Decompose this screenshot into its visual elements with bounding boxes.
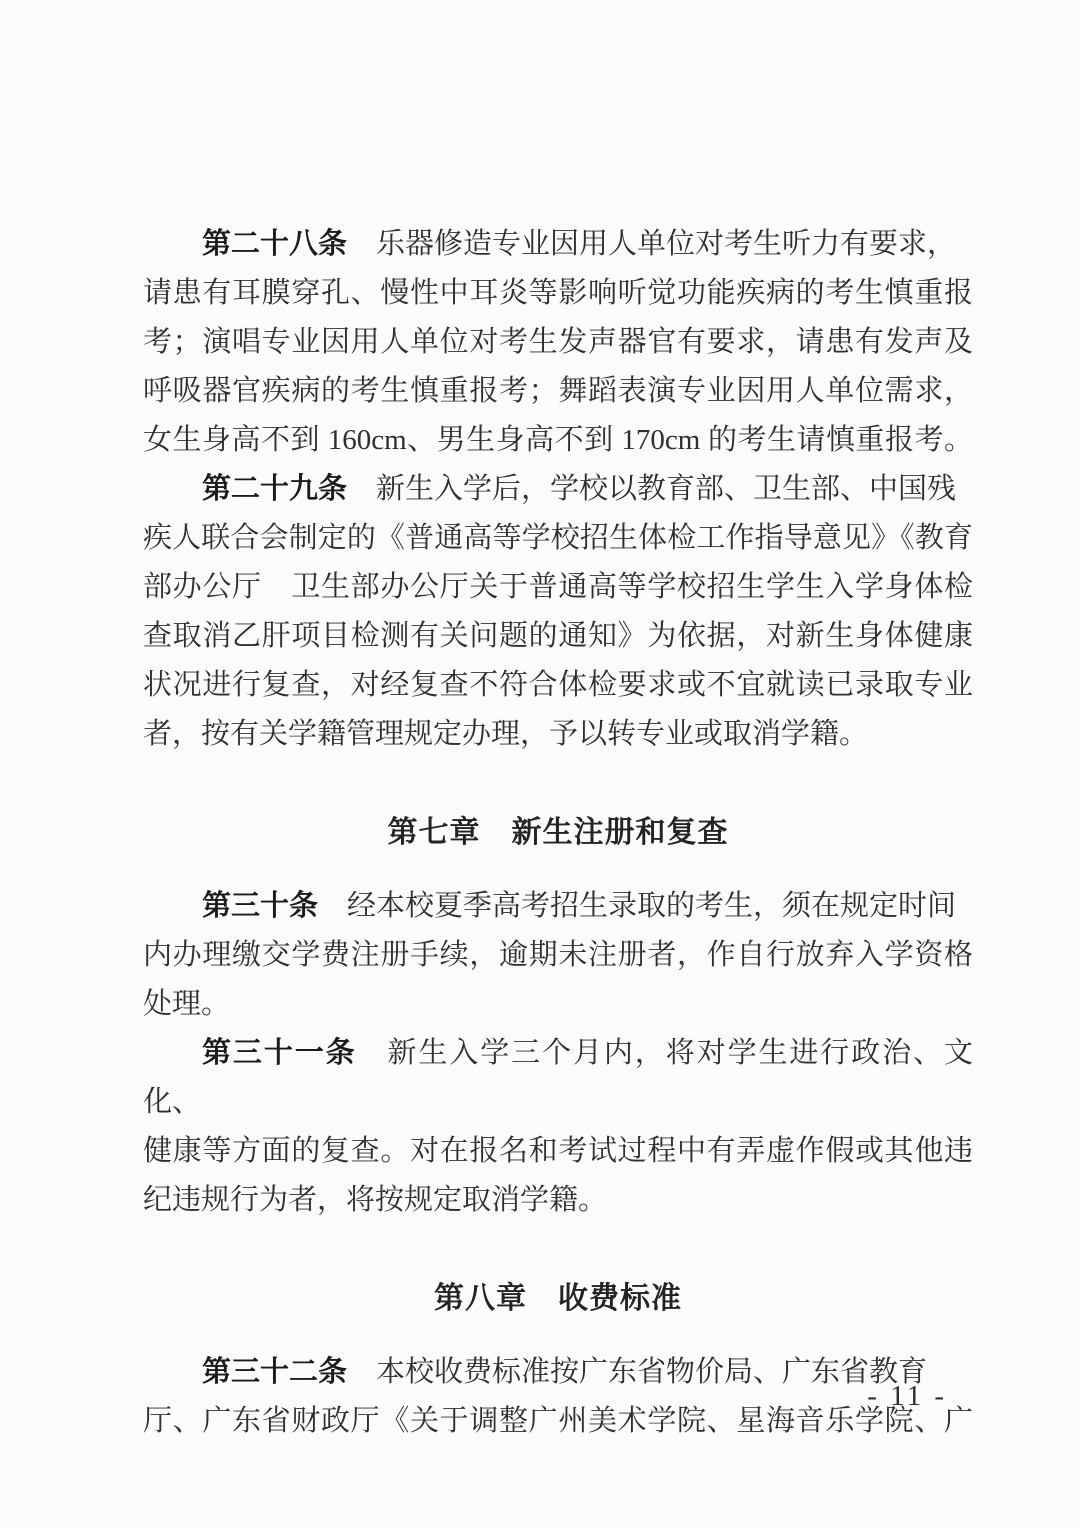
article-29-number: 第二十九条 bbox=[202, 473, 347, 505]
article-29-line-4: 查取消乙肝项目检测有关问题的通知》为依据，对新生身体健康 bbox=[143, 612, 973, 661]
article-28-number: 第二十八条 bbox=[202, 228, 347, 260]
article-30-line-1: 第三十条 经本校夏季高考招生录取的考生，须在规定时间 bbox=[143, 882, 973, 931]
article-31-number: 第三十一条 bbox=[202, 1037, 357, 1069]
article-30-text: 经本校夏季高考招生录取的考生，须在规定时间 bbox=[318, 890, 956, 922]
page-number: - 11 - bbox=[867, 1372, 947, 1421]
article-30-line-2: 内办理缴交学费注册手续，逾期未注册者，作自行放弃入学资格 bbox=[143, 931, 973, 980]
chapter-8-heading: 第八章 收费标准 bbox=[143, 1274, 973, 1323]
article-32: 第三十二条 本校收费标准按广东省物价局、广东省教育 厅、广东省财政厅《关于调整广… bbox=[143, 1348, 973, 1446]
article-32-line-2: 厅、广东省财政厅《关于调整广州美术学院、星海音乐学院、广 bbox=[143, 1397, 973, 1446]
article-28-line-2: 请患有耳膜穿孔、慢性中耳炎等影响听觉功能疾病的考生慎重报 bbox=[143, 269, 973, 318]
article-28-line-1: 第二十八条 乐器修造专业因用人单位对考生听力有要求， bbox=[143, 220, 973, 269]
article-30-number: 第三十条 bbox=[202, 890, 318, 922]
article-31-line-3: 纪违规行为者，将按规定取消学籍。 bbox=[143, 1176, 973, 1225]
document-body: 第二十八条 乐器修造专业因用人单位对考生听力有要求， 请患有耳膜穿孔、慢性中耳炎… bbox=[143, 220, 973, 1446]
article-32-number: 第三十二条 bbox=[202, 1356, 347, 1388]
document-page: 第二十八条 乐器修造专业因用人单位对考生听力有要求， 请患有耳膜穿孔、慢性中耳炎… bbox=[0, 0, 1080, 1528]
article-28-text: 乐器修造专业因用人单位对考生听力有要求， bbox=[347, 228, 956, 260]
article-28: 第二十八条 乐器修造专业因用人单位对考生听力有要求， 请患有耳膜穿孔、慢性中耳炎… bbox=[143, 220, 973, 465]
article-32-line-1: 第三十二条 本校收费标准按广东省物价局、广东省教育 bbox=[143, 1348, 973, 1397]
article-29-line-5: 状况进行复查，对经复查不符合体检要求或不宜就读已录取专业 bbox=[143, 661, 973, 710]
article-28-line-3: 考；演唱专业因用人单位对考生发声器官有要求，请患有发声及 bbox=[143, 318, 973, 367]
article-31-line-2: 健康等方面的复查。对在报名和考试过程中有弄虚作假或其他违 bbox=[143, 1127, 973, 1176]
article-28-line-4: 呼吸器官疾病的考生慎重报考；舞蹈表演专业因用人单位需求， bbox=[143, 367, 973, 416]
article-30-line-3: 处理。 bbox=[143, 980, 973, 1029]
article-29-line-1: 第二十九条 新生入学后，学校以教育部、卫生部、中国残 bbox=[143, 465, 973, 514]
chapter-7-heading: 第七章 新生注册和复查 bbox=[143, 808, 973, 857]
article-30: 第三十条 经本校夏季高考招生录取的考生，须在规定时间 内办理缴交学费注册手续，逾… bbox=[143, 882, 973, 1029]
article-29-text: 新生入学后，学校以教育部、卫生部、中国残 bbox=[347, 473, 956, 505]
article-32-text: 本校收费标准按广东省物价局、广东省教育 bbox=[347, 1356, 927, 1388]
article-29-line-6: 者，按有关学籍管理规定办理，予以转专业或取消学籍。 bbox=[143, 710, 973, 759]
article-29-line-3: 部办公厅 卫生部办公厅关于普通高等学校招生学生入学身体检 bbox=[143, 563, 973, 612]
article-28-line-5: 女生身高不到 160cm、男生身高不到 170cm 的考生请慎重报考。 bbox=[143, 416, 973, 465]
article-31: 第三十一条 新生入学三个月内，将对学生进行政治、文化、 健康等方面的复查。对在报… bbox=[143, 1029, 973, 1225]
article-29-line-2: 疾人联合会制定的《普通高等学校招生体检工作指导意见》《教育 bbox=[143, 514, 973, 563]
article-29: 第二十九条 新生入学后，学校以教育部、卫生部、中国残 疾人联合会制定的《普通高等… bbox=[143, 465, 973, 759]
article-31-line-1: 第三十一条 新生入学三个月内，将对学生进行政治、文化、 bbox=[143, 1029, 973, 1127]
